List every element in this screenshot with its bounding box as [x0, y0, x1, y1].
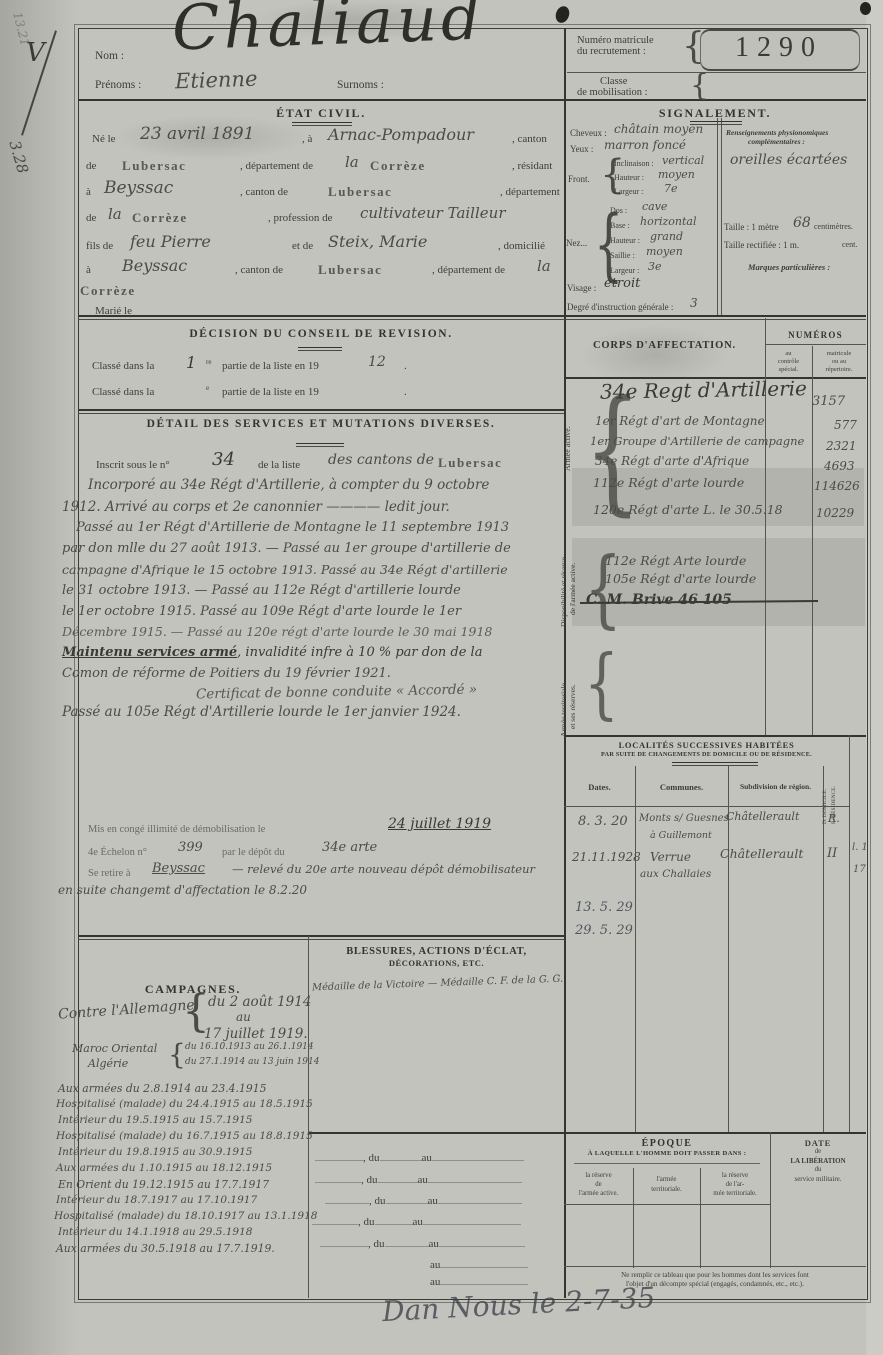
loc-row-1-date: 21.11.1928: [572, 850, 641, 864]
decision-title-underline: [298, 347, 342, 351]
svc-retire-line2: en suite changemt d'affectation le 8.2.2…: [58, 883, 307, 897]
localites-header-underline: [564, 806, 849, 807]
numeros-col2-l3: répertoire.: [812, 366, 866, 373]
corps-row-5-name: 120e Régt d'arte L. le 30.5.18: [593, 502, 783, 517]
duau-blank: [386, 1193, 428, 1204]
services-title: DÉTAIL DES SERVICES ET MUTATIONS DIVERSE…: [78, 418, 564, 430]
prenoms-value: Etienne: [175, 67, 258, 94]
corps-row-0-name: 34e Regt d'Artillerie: [600, 376, 807, 404]
sig-taille-rect-suffix: cent.: [842, 240, 857, 249]
epoque-date-l2: de: [770, 1148, 866, 1155]
svc-inscrit-hw: des cantons de: [328, 452, 434, 468]
ec-profession: cultivateur Tailleur: [360, 204, 506, 222]
ec-departement: , département: [500, 186, 560, 198]
sig-nez-hauteur-label: Hauteur :: [610, 236, 640, 245]
epoque-date-l1: DATE: [770, 1138, 866, 1148]
loc-row-0-subdiv: Châtellerault: [726, 810, 799, 823]
epoque-col3-l2: de l'ar-: [700, 1181, 770, 1188]
sig-yeux-label: Yeux :: [570, 144, 593, 154]
epoque-col1-l1: la réserve: [564, 1172, 633, 1179]
svc-retire-label: Se retire à: [88, 868, 131, 879]
camp-list-4: Intérieur du 19.8.1915 au 30.9.1915: [58, 1146, 252, 1158]
svc-maintenu-line: Maintenu services armé, invalidité infre…: [62, 645, 482, 660]
epoque-col3-l1: la réserve: [700, 1172, 770, 1179]
epoque-title-2: À LAQUELLE L'HOMME DOIT PASSER DANS :: [564, 1150, 770, 1157]
ec-residence: Beyssac: [104, 178, 173, 198]
sig-marques-label: Marques particulières :: [748, 262, 830, 272]
loc-margin-note-1: l. 1: [852, 842, 868, 853]
sig-cheveux: châtain moyen: [614, 122, 703, 136]
au-row-6: au: [430, 1255, 528, 1273]
corps-row-2-num: 2321: [826, 439, 857, 453]
camp-c1-l3: 17 juillet 1919.: [204, 1026, 308, 1042]
ec-dept-de-2: , département de: [432, 264, 505, 276]
ec-father: feu Pierre: [130, 232, 211, 251]
numeros-col2-l1: matricule: [812, 350, 866, 357]
corps-row-5-num: 10229: [816, 506, 854, 520]
svc-passe-105: Passé au 105e Régt d'Artillerie lourde l…: [62, 704, 461, 720]
ec-dept-de-1: , département de: [240, 160, 313, 172]
ec-la-1: la: [345, 153, 359, 171]
camp-list-1: Hospitalisé (malade) du 24.4.1915 au 18.…: [56, 1098, 313, 1110]
ec-de-2: de: [86, 212, 96, 224]
svc-inscrit-label: Inscrit sous le n°: [96, 459, 170, 471]
sig-rens-value: oreilles écartées: [730, 152, 847, 168]
duau-blank: [378, 1172, 418, 1183]
ec-la-2: la: [108, 205, 122, 223]
ec-birth-date: 23 avril 1891: [140, 124, 254, 144]
side-label-terr-l2: et ses réserves.: [568, 684, 577, 729]
campagnes-divider: [308, 936, 309, 1298]
ec-canton-dom: Lubersac: [318, 262, 382, 278]
sig-yeux: marron foncé: [604, 138, 686, 152]
duau-row-4: , duau: [312, 1212, 560, 1230]
sig-rens-label-1: Renseignements physionomiques: [726, 128, 828, 137]
sig-taille-rect-label: Taille rectifiée : 1 m.: [724, 240, 799, 250]
sig-front-hauteur: moyen: [658, 168, 695, 181]
du-label: , du: [363, 1152, 380, 1164]
svc-depot-value: 34e arte: [322, 840, 377, 855]
ec-dept-birth: Corrèze: [370, 158, 426, 174]
sig-taille-suffix: centimètres.: [814, 222, 853, 231]
sig-base-label: Base :: [610, 221, 630, 230]
camp-list-6: En Orient du 19.12.1915 au 17.7.1917: [58, 1178, 269, 1191]
rule-y318: [78, 315, 866, 320]
duau-row-5: , duau: [320, 1234, 560, 1252]
svc-line-2: Passé au 1er Régt d'Artillerie de Montag…: [76, 520, 509, 535]
loc-row-1-commune2: aux Challaies: [640, 868, 711, 880]
duau-blank: [312, 1214, 358, 1225]
sig-front-hauteur-label: Hauteur :: [614, 173, 644, 182]
nom-value: Chaliaud: [171, 0, 486, 64]
sig-dos: cave: [642, 200, 667, 213]
sig-front-label: Front.: [568, 174, 590, 184]
sig-taille-value: 68: [793, 215, 811, 231]
ink-dot-2: [860, 2, 871, 15]
camp-c2-l1: du 16.10.1913 au 26.1.1914: [185, 1042, 314, 1052]
svc-demob-date: 24 juillet 1919: [388, 816, 491, 832]
duau-blank: [428, 1172, 522, 1183]
numero-matricule-label-2: du recrutement :: [577, 46, 646, 57]
svc-line-6: le 1er octobre 1915. Passé au 109e Régt …: [62, 604, 461, 619]
ec-comma-a: , à: [302, 133, 312, 145]
dec-l1-sup: re: [206, 358, 211, 366]
du-label: , du: [361, 1174, 378, 1186]
svc-retire-rest: — relevé du 20e arte nouveau dépôt démob…: [232, 862, 535, 876]
corps-row-3-num: 4693: [824, 459, 855, 473]
numeros-col1-l1: au: [765, 350, 812, 357]
signalement-inner-divider: [717, 118, 722, 316]
loc-row-1-commune: Verrue: [650, 850, 691, 864]
loc-row-0-commune2: à Guillemont: [650, 830, 712, 841]
scanned-military-register-sheet: { "margin": { "top_left_scribble": "13.2…: [0, 0, 883, 1355]
duau-blank: [320, 1236, 368, 1247]
sig-saillie: moyen: [646, 245, 683, 258]
camp-c1-l2: au: [236, 1010, 251, 1024]
sig-taille-label: Taille : 1 mètre: [724, 222, 779, 232]
localites-col-dates: Dates.: [564, 782, 635, 792]
ec-birth-place: Arnac-Pompadour: [328, 125, 474, 144]
sig-nez-label: Nez...: [566, 238, 587, 248]
localites-div-1: [635, 766, 636, 1132]
rule-y410-left: [78, 409, 564, 414]
dec-l1-year: 12: [368, 354, 386, 370]
sig-degre: 3: [690, 296, 698, 310]
svc-line-5: le 31 octobre 1913. — Passé au 112e Régt…: [62, 583, 461, 598]
ec-canton-birth: Lubersac: [122, 158, 186, 174]
sig-degre-label: Degré d'instruction générale :: [567, 302, 673, 312]
camp-c2-brace: [168, 1038, 186, 1071]
ink-dot-1: [553, 4, 571, 24]
header-bottom-rule: [78, 99, 866, 101]
ec-mother: Steix, Marie: [328, 232, 427, 251]
prenoms-label: Prénoms :: [95, 79, 141, 91]
ec-a-2: à: [86, 264, 91, 276]
svc-line-3: par don mlle du 27 août 1913. — Passé au…: [62, 541, 511, 556]
ec-marie-le: Marié le: [95, 305, 132, 317]
ec-canton-de-2: , canton de: [235, 264, 283, 276]
ec-dept-dom: Corrèze: [80, 283, 136, 299]
duau-blank: [438, 1193, 522, 1204]
camp-list-0: Aux armées du 2.8.1914 au 23.4.1915: [58, 1082, 266, 1095]
side-label-dispo-l1: Disponibilité et réserve: [559, 557, 568, 627]
camp-list-7: Intérieur du 18.7.1917 au 17.10.1917: [56, 1194, 257, 1206]
ec-domicile: Beyssac: [122, 256, 187, 275]
numeros-title: NUMÉROS: [765, 330, 866, 340]
numero-matricule-label-1: Numéro matricule: [577, 35, 654, 46]
localites-col-subdiv: Subdivision de région.: [728, 782, 823, 791]
duau-blank: [432, 1150, 524, 1161]
camp-c2-label1: Maroc Oriental: [72, 1042, 157, 1055]
numero-matricule-value: 1290: [700, 32, 858, 64]
localites-top-rule: [564, 735, 866, 737]
sig-base: horizontal: [640, 215, 696, 228]
numeros-col2-l2: ou au: [812, 358, 866, 365]
services-title-underline: [296, 443, 344, 447]
numeros-col1-l2: contrôle: [765, 358, 812, 365]
corps-row-7-name: 105e Régt d'arte lourde: [605, 571, 756, 586]
sig-inclinaison-label: Inclinaison :: [614, 159, 654, 168]
dec-l1-dot: .: [404, 360, 407, 372]
sig-cheveux-label: Cheveux :: [570, 128, 607, 138]
du-label: , du: [368, 1238, 385, 1250]
main-column-divider: [564, 28, 566, 1298]
localites-title: LOCALITÉS SUCCESSIVES HABITÉES: [564, 740, 849, 750]
camp-list-5: Aux armées du 1.10.1915 au 18.12.1915: [56, 1162, 272, 1174]
svc-line-4: campagne d'Afrique le 15 octobre 1913. P…: [62, 562, 508, 577]
sig-rens-label-2: complémentaires :: [748, 137, 805, 146]
corps-row-6-name: 112e Régt Arte lourde: [605, 553, 746, 568]
etat-civil-title: ÉTAT CIVIL.: [78, 106, 564, 121]
duau-blank: [375, 1214, 413, 1225]
dec-l2-label2: partie de la liste en 19: [222, 386, 319, 398]
localites-subtitle: PAR SUITE DE CHANGEMENTS DE DOMICILE OU …: [564, 751, 849, 758]
sig-front-largeur: 7e: [664, 182, 678, 195]
sig-visage: étroit: [604, 276, 640, 291]
corps-row-2-name: 1er Groupe d'Artillerie de campagne: [590, 434, 804, 448]
du-label: , du: [369, 1195, 386, 1207]
classe-brace: [690, 68, 709, 103]
epoque-note-l1: Ne remplir ce tableau que pour les homme…: [568, 1271, 862, 1279]
ec-dept-res: Corrèze: [132, 210, 188, 226]
ec-residant: , résidant: [512, 160, 552, 172]
dec-l1-label2: partie de la liste en 19: [222, 360, 319, 372]
svc-maintenu-rest: , invalidité infre à 10 % par don de la: [237, 645, 482, 660]
camp-list-8: Hospitalisé (malade) du 18.10.1917 au 13…: [54, 1210, 317, 1222]
corps-row-1-num: 577: [834, 418, 857, 432]
au-label: au: [430, 1259, 440, 1271]
localites-title-underline: [672, 762, 758, 766]
epoque-date-l5: service militaire.: [770, 1175, 866, 1183]
loc-margin-note-2: 17.: [853, 864, 869, 875]
epoque-title-flourish: [574, 1163, 760, 1164]
localites-col-communes: Communes.: [635, 782, 728, 792]
epoque-col3-l3: mée territoriale.: [700, 1190, 770, 1197]
au-label: au: [429, 1238, 439, 1250]
camp-list-10: Aux armées du 30.5.1918 au 17.7.1919.: [56, 1242, 275, 1255]
dec-l2-sup: e: [206, 384, 209, 392]
camp-c2-l2: du 27.1.1914 au 13 juin 1914: [185, 1057, 319, 1067]
corps-row-4-name: 112e Régt d'arte lourde: [593, 475, 744, 490]
epoque-col2-l1: l'armée: [633, 1176, 700, 1183]
svc-inscrit-num: 34: [212, 449, 235, 470]
epoque-top-rule: [308, 1132, 866, 1134]
epoque-title-1: ÉPOQUE: [564, 1138, 770, 1149]
ec-canton-de-1: , canton de: [240, 186, 288, 198]
duau-row-2: , duau: [315, 1170, 560, 1188]
duau-blank: [315, 1150, 363, 1161]
numero-classe-divider: [567, 72, 866, 73]
duau-blank: [439, 1236, 525, 1247]
svc-line-1: 1912. Arrivé au corps et 2e canonnier ——…: [62, 499, 450, 515]
dec-l1-label: Classé dans la: [92, 360, 154, 372]
svc-line-0: Incorporé au 34e Régt d'Artillerie, à co…: [88, 477, 489, 493]
au-label: au: [428, 1195, 438, 1207]
ec-la-3: la: [537, 257, 551, 275]
epoque-header-underline: [564, 1204, 770, 1205]
numeros-col1-l3: spécial.: [765, 366, 812, 373]
loc-row-0-commune: Monts s/ Guesnes: [639, 813, 729, 824]
svc-maintenu-line2: Comon de réforme de Poitiers du 19 févri…: [62, 666, 391, 681]
numeros-underline: [765, 344, 866, 345]
epoque-date-l3: LA LIBÉRATION: [770, 1157, 866, 1165]
loc-row-1-subdiv: Châtellerault: [720, 846, 803, 861]
duau-blank: [423, 1214, 521, 1225]
svc-line-7: Décembre 1915. — Passé au 120e régt d'ar…: [62, 624, 492, 639]
dec-l2-label: Classé dans la: [92, 386, 154, 398]
corps-row-3-name: 34e Régt d'arte d'Afrique: [595, 454, 749, 468]
epoque-col1-l2: de: [564, 1181, 633, 1188]
sig-nez-largeur: 3e: [648, 260, 662, 273]
corps-row-1-name: 1er Régt d'art de Montagne: [595, 414, 765, 428]
classe-label-2: de mobilisation :: [577, 87, 648, 98]
svc-demob-label: Mis en congé illimité de démobilisation …: [88, 824, 265, 835]
corps-brace-terr: [584, 638, 619, 728]
corps-title: CORPS D'AFFECTATION.: [564, 340, 765, 351]
ec-domicilie: , domicilié: [498, 240, 545, 252]
epoque-sub-div-1: [633, 1168, 634, 1268]
svc-inscrit-canton: Lubersac: [438, 455, 502, 471]
duau-blank: [325, 1193, 369, 1204]
dec-l2-dot: .: [404, 386, 407, 398]
epoque-date-l4: du: [770, 1166, 866, 1173]
camp-c2-label2: Algérie: [88, 1057, 128, 1070]
svc-echelon-num: 399: [178, 840, 203, 855]
loc-row-2-date: 13. 5. 29: [575, 900, 633, 915]
side-label-terr-l1: Armée territoriale: [559, 683, 568, 737]
ec-et-de: et de: [292, 240, 313, 252]
sig-saillie-label: Saillie :: [610, 251, 635, 260]
svc-depot-label: par le dépôt du: [222, 847, 285, 858]
ec-de-1: de: [86, 160, 96, 172]
duau-row-3: , duau: [325, 1191, 560, 1209]
svc-retire-value: Beyssac: [152, 861, 205, 876]
ec-fils-de: fils de: [86, 240, 113, 252]
au-label: au: [422, 1152, 432, 1164]
epoque-col1-l3: l'armée active.: [564, 1190, 633, 1197]
blessures-title-1: BLESSURES, ACTIONS D'ÉCLAT,: [308, 946, 565, 957]
dec-l1-value: 1: [186, 353, 196, 372]
loc-row-1-mark: II: [827, 846, 837, 861]
camp-list-9: Intérieur du 14.1.1918 au 29.5.1918: [58, 1226, 252, 1238]
margin-check-mark: V: [26, 38, 45, 68]
au-label: au: [430, 1276, 440, 1288]
au-label: au: [418, 1174, 428, 1186]
loc-row-0-date: 8. 3. 20: [578, 814, 628, 829]
camp-list-2: Intérieur du 19.5.1915 au 15.7.1915: [58, 1114, 252, 1126]
corps-row-0-num: 3157: [812, 394, 845, 409]
au-row-7: au: [430, 1272, 528, 1290]
sig-nez-largeur-label: Largeur :: [610, 266, 639, 275]
signalement-title: SIGNALEMENT.: [564, 106, 866, 121]
sig-front-largeur-label: Largeur :: [614, 187, 643, 196]
decision-title: DÉCISION DU CONSEIL DE REVISION.: [78, 328, 564, 340]
svc-maintenu-underlined: Maintenu services armé: [62, 645, 237, 660]
surnoms-label: Surnoms :: [337, 79, 384, 91]
ec-canton-res: Lubersac: [328, 184, 392, 200]
side-label-armee-active: Armée active.: [563, 426, 572, 471]
svc-echelon-label: 4e Échelon n°: [88, 847, 147, 858]
duau-blank: [440, 1274, 528, 1285]
camp-c1-l1: du 2 août 1914: [208, 994, 311, 1010]
duau-blank: [440, 1257, 528, 1268]
sig-visage-label: Visage :: [567, 283, 596, 293]
classe-label-1: Classe: [600, 76, 627, 87]
loc-row-3-date: 29. 5. 29: [575, 923, 633, 938]
rule-y936-left: [78, 935, 564, 940]
corps-row-4-num: 114626: [814, 479, 860, 493]
loc-row-0-mark: R.: [828, 812, 840, 825]
sig-dos-label: Dos :: [610, 206, 627, 215]
side-label-dispo-l2: de l'armée active.: [568, 563, 577, 615]
duau-blank: [385, 1236, 429, 1247]
epoque-col2-l2: territoriale.: [633, 1186, 700, 1193]
ec-ne-le: Né le: [92, 133, 116, 145]
epoque-note-l2: l'objet d'un décompte spécial (engagés, …: [568, 1280, 862, 1288]
ec-profession-de: , profession de: [268, 212, 332, 224]
ec-canton-suffix: , canton: [512, 133, 547, 145]
sig-nez-hauteur: grand: [650, 230, 683, 243]
blessures-title-2: DÉCORATIONS, ETC.: [308, 958, 565, 968]
camp-list-3: Hospitalisé (malade) du 16.7.1915 au 18.…: [56, 1130, 313, 1142]
localites-div-4: [849, 735, 850, 1132]
nom-label: Nom :: [95, 50, 124, 62]
svc-inscrit-label2: de la liste: [258, 459, 300, 471]
du-label: , du: [358, 1216, 375, 1228]
duau-blank: [315, 1172, 361, 1183]
sig-inclinaison: vertical: [662, 154, 704, 167]
duau-row-1: , duau: [315, 1148, 560, 1166]
duau-blank: [380, 1150, 422, 1161]
epoque-note-topline: [564, 1266, 866, 1267]
ec-a-1: à: [86, 186, 91, 198]
au-label: au: [413, 1216, 423, 1228]
